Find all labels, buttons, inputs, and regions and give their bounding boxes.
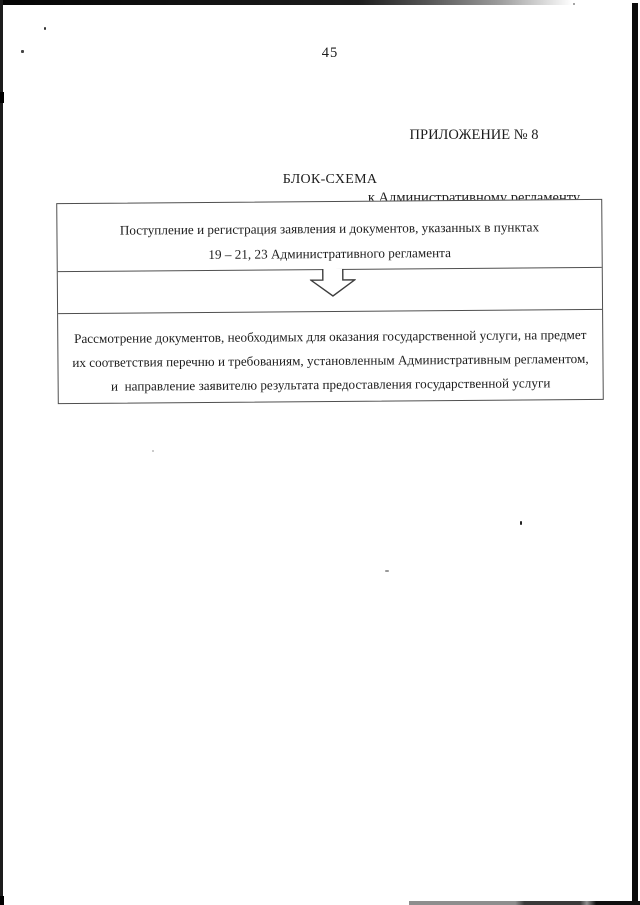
scan-edge-right <box>632 3 638 905</box>
flow-connector <box>58 268 602 314</box>
scan-blob <box>0 92 4 103</box>
scan-edge-left <box>0 0 3 905</box>
scan-speck <box>385 570 389 572</box>
flow-step-2: Рассмотрение документов, необходимых для… <box>58 310 603 401</box>
scan-speck <box>573 3 575 5</box>
scan-speck <box>21 50 24 53</box>
scan-edge-top <box>0 0 578 5</box>
arrow-down-icon <box>310 269 356 297</box>
scan-speck <box>520 521 522 525</box>
flow-step-1: Поступление и регистрация заявления и до… <box>57 200 602 272</box>
flow-step-2-line-3: и направление заявителю результата предо… <box>59 371 603 399</box>
scan-blob <box>0 896 4 905</box>
scan-speck <box>44 27 46 30</box>
scan-edge-bottom <box>409 901 640 905</box>
flow-step-1-line-2: 19 – 21, 23 Административного регламента <box>58 239 602 268</box>
flowchart: Поступление и регистрация заявления и до… <box>56 199 604 404</box>
page-number: 45 <box>57 45 603 62</box>
scanned-document-page: 45 ПРИЛОЖЕНИЕ № 8 к Административному ре… <box>0 0 640 905</box>
flow-step-1-line-1: Поступление и регистрация заявления и до… <box>57 214 601 243</box>
scan-speck <box>152 450 154 452</box>
title-heading: БЛОК-СХЕМА <box>57 171 603 189</box>
